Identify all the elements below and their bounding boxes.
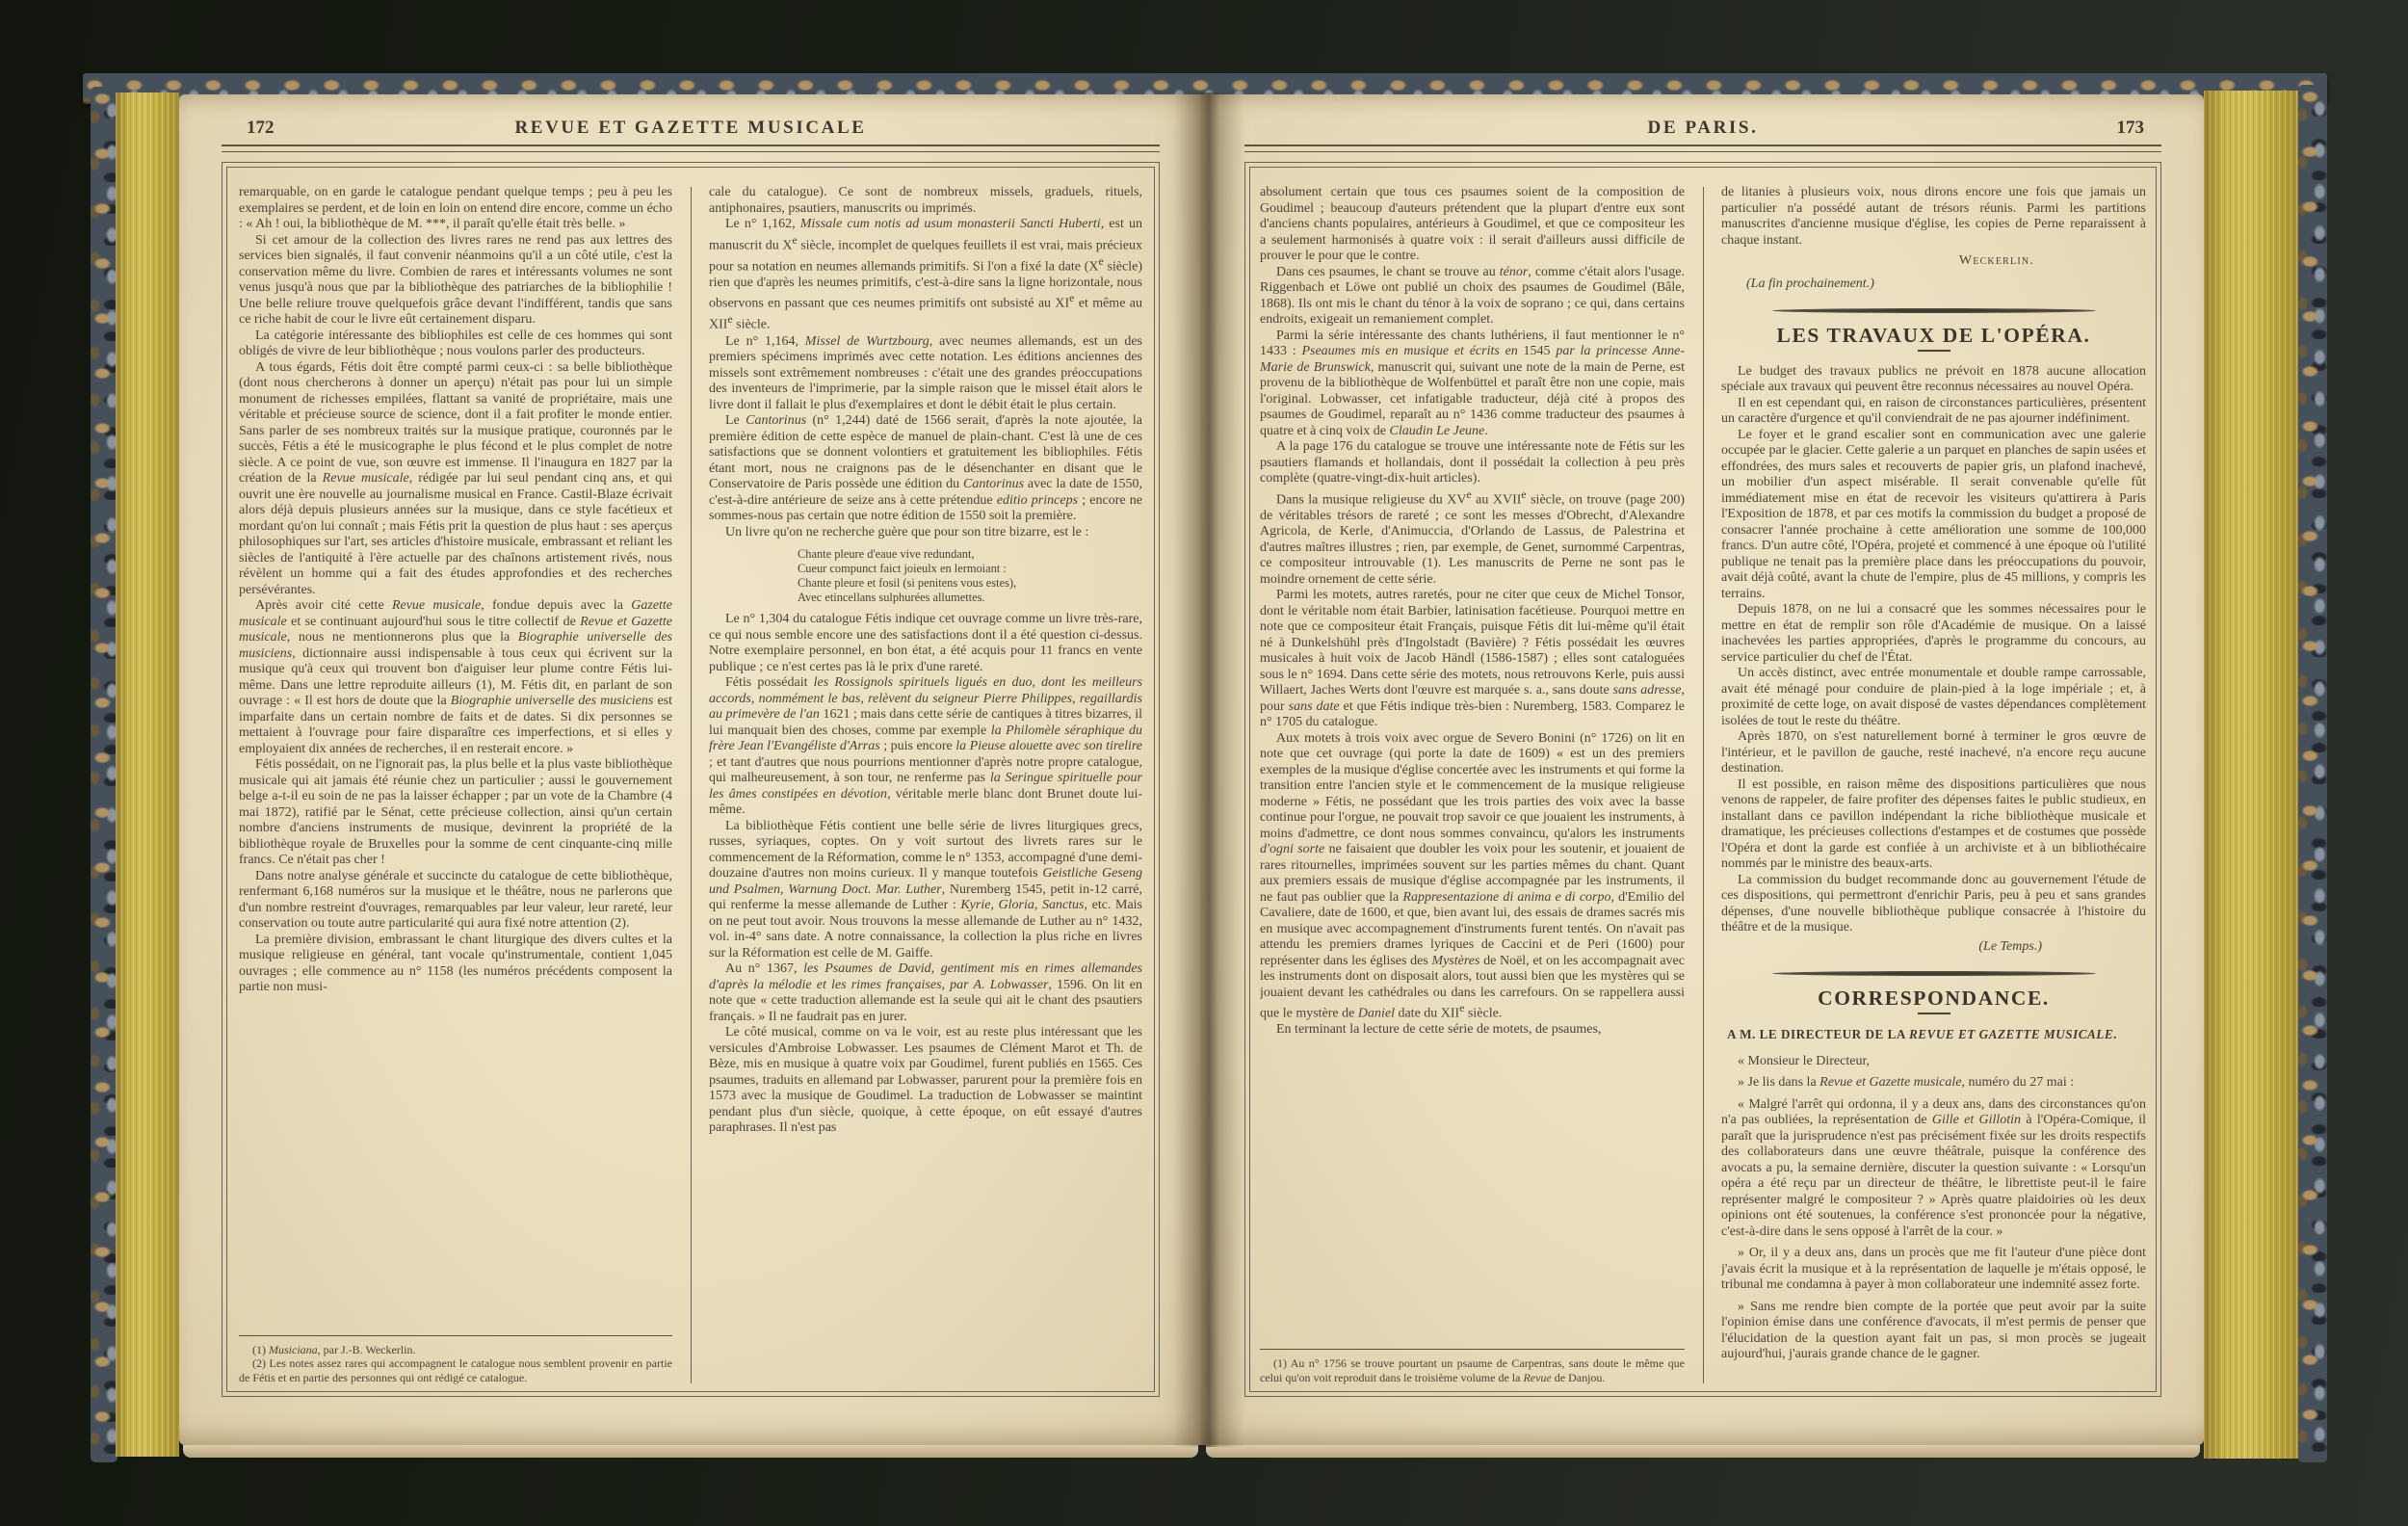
right-page-column-2: de litanies à plusieurs voix, nous diron… [1721, 185, 2146, 1385]
paragraph: La commission du budget recommande donc … [1721, 873, 2146, 936]
column-text: de litanies à plusieurs voix, nous diron… [1721, 185, 2146, 1385]
paragraph: Aux motets à trois voix avec orgue de Se… [1260, 731, 1685, 1023]
paragraph: Le budget des travaux publics ne prévoit… [1721, 364, 2146, 396]
letter-paragraph: » Or, il y a deux ans, dans un procès qu… [1721, 1246, 2146, 1294]
paragraph: Dans ces psaumes, le chant se trouve au … [1260, 265, 1685, 329]
paragraph: Dans la musique religieuse du XVe au XVI… [1260, 487, 1685, 589]
poem-line: Cueur compunct faict joieulx en lermoian… [798, 562, 1142, 576]
paragraph: Depuis 1878, on ne lui a consacré que le… [1721, 602, 2146, 666]
poem-line: Avec etincellans sulphurées allumettes. [798, 591, 1142, 605]
header-rule [222, 145, 1160, 152]
page-fore-edge-right [2204, 91, 2300, 1459]
footnote: (1) Musiciana, par J.-B. Weckerlin. [239, 1343, 672, 1357]
footnote-rule [1260, 1349, 1685, 1350]
tapered-rule [1772, 308, 2096, 313]
source-attribution: (Le Temps.) [1721, 939, 2146, 956]
section-title-correspondance: CORRESPONDANCE. [1721, 990, 2146, 1007]
paragraph: A la page 176 du catalogue se trouve une… [1260, 439, 1685, 487]
letter-paragraph: » Sans me rendre bien compte de la porté… [1721, 1300, 2146, 1363]
column-divider-rule [1703, 187, 1704, 1383]
footnotes: (1) Musiciana, par J.-B. Weckerlin.(2) L… [239, 1335, 672, 1385]
paragraph: de litanies à plusieurs voix, nous diron… [1721, 185, 2146, 249]
letter-paragraph: « Malgré l'arrêt qui ordonna, il y a deu… [1721, 1097, 2146, 1241]
paragraph: Un accès distinct, avec entrée monumenta… [1721, 666, 2146, 729]
letter-addressee: A M. LE DIRECTEUR DE LA REVUE ET GAZETTE… [1727, 1027, 2146, 1043]
left-page-column-2: cale du catalogue). Ce sont de nombreux … [709, 185, 1142, 1385]
paragraph: Il est possible, en raison même des disp… [1721, 777, 2146, 873]
right-page-column-1: absolument certain que tous ces psaumes … [1260, 185, 1685, 1385]
book-cover-right-edge [2298, 85, 2327, 1462]
paragraph: Après avoir cité cette Revue musicale, f… [239, 598, 672, 757]
page-fore-edge-left [116, 92, 179, 1457]
paragraph: Parmi les motets, autres raretés, pour n… [1260, 588, 1685, 731]
column-text: remarquable, on en garde le catalogue pe… [239, 185, 672, 1324]
paragraph: A tous égards, Fétis doit être compté pa… [239, 360, 672, 599]
paragraph: La bibliothèque Fétis contient une belle… [709, 819, 1142, 962]
tapered-rule [1772, 971, 2096, 976]
running-title: DE PARIS. [1244, 118, 2161, 139]
to-be-continued-note: (La fin prochainement.) [1746, 276, 2146, 293]
left-page-column-1: remarquable, on en garde le catalogue pe… [239, 185, 672, 1385]
footnotes: (1) Au n° 1756 se trouve pourtant un psa… [1260, 1349, 1685, 1385]
paragraph: Le n° 1,164, Missel de Wurtzbourg, avec … [709, 334, 1142, 414]
footnote: (2) Les notes assez rares qui accompagne… [239, 1356, 672, 1385]
paragraph: Le foyer et le grand escalier sont en co… [1721, 428, 2146, 603]
section-title-dash [1918, 1013, 1950, 1014]
paragraph: absolument certain que tous ces psaumes … [1260, 185, 1685, 265]
page-number: 173 [2117, 118, 2145, 139]
paragraph: Le n° 1,162, Missale cum notis ad usum m… [709, 217, 1142, 334]
section-title-travaux-opera: LES TRAVAUX DE L'OPÉRA. [1721, 328, 2146, 344]
letter-paragraph: « Monsieur le Directeur, [1721, 1054, 2146, 1070]
paragraph: La catégorie intéressante des bibliophil… [239, 329, 672, 360]
paragraph: Au n° 1367, les Psaumes de David, gentim… [709, 961, 1142, 1025]
section-title-dash [1918, 350, 1950, 352]
paragraph: Dans notre analyse générale et succincte… [239, 869, 672, 933]
paragraph: cale du catalogue). Ce sont de nombreux … [709, 185, 1142, 217]
poem-line: Chante pleure et fosil (si penitens vous… [798, 576, 1142, 591]
paragraph: Un livre qu'on ne recherche guère que po… [709, 525, 1142, 541]
book-photo: 172 REVUE ET GAZETTE MUSICALE remarquabl… [0, 0, 2408, 1526]
poem-line: Chante pleure d'eaue vive redundant, [798, 547, 1142, 562]
book-cover-left-edge [91, 87, 118, 1462]
header-rule [1244, 145, 2161, 152]
paragraph: Après 1870, on s'est naturellement borné… [1721, 729, 2146, 777]
right-page-header: DE PARIS. 173 [1244, 118, 2161, 141]
paragraph: Si cet amour de la collection des livres… [239, 233, 672, 329]
running-title: REVUE ET GAZETTE MUSICALE [222, 118, 1160, 139]
letter-paragraph: » Je lis dans la Revue et Gazette musica… [1721, 1075, 2146, 1092]
left-page-header: 172 REVUE ET GAZETTE MUSICALE [222, 118, 1160, 141]
right-page: DE PARIS. 173 absolument certain que tou… [1202, 94, 2204, 1445]
paragraph: Fétis possédait, on ne l'ignorait pas, l… [239, 757, 672, 869]
paragraph: Il en est cependant qui, en raison de ci… [1721, 396, 2146, 428]
paragraph: En terminant la lecture de cette série d… [1260, 1022, 1685, 1039]
quoted-verse: Chante pleure d'eaue vive redundant,Cueu… [798, 547, 1142, 605]
paragraph: Le n° 1,304 du catalogue Fétis indique c… [709, 612, 1142, 675]
footnote-rule [239, 1335, 672, 1336]
column-divider-rule [691, 187, 692, 1383]
column-text: absolument certain que tous ces psaumes … [1260, 185, 1685, 1324]
paragraph: remarquable, on en garde le catalogue pe… [239, 185, 672, 233]
column-text: cale du catalogue). Ce sont de nombreux … [709, 185, 1142, 1385]
author-signature: Weckerlin. [1721, 253, 2146, 270]
left-page: 172 REVUE ET GAZETTE MUSICALE remarquabl… [179, 94, 1202, 1445]
paragraph: La première division, embrassant le chan… [239, 933, 672, 996]
paragraph: Le Cantorinus (n° 1,244) daté de 1566 se… [709, 413, 1142, 525]
paragraph: Parmi la série intéressante des chants l… [1260, 329, 1685, 440]
paragraph: Fétis possédait les Rossignols spirituel… [709, 675, 1142, 819]
paragraph: Le côté musical, comme on va le voir, es… [709, 1025, 1142, 1137]
footnote: (1) Au n° 1756 se trouve pourtant un psa… [1260, 1356, 1685, 1385]
